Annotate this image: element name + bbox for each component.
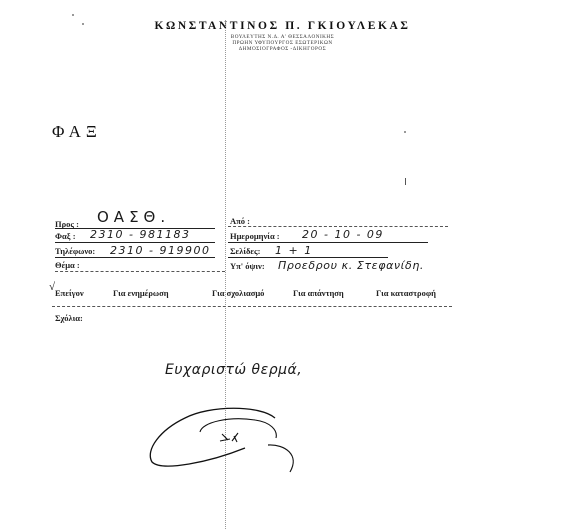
phone-value: 2310 - 919900 <box>110 244 210 257</box>
fax-underline <box>55 242 215 243</box>
to-value: ΟΑΣΘ. <box>97 208 170 226</box>
option-urgent: Επείγον <box>55 288 84 298</box>
handwritten-message: Ευχαριστώ θερμά, <box>165 362 302 378</box>
pages-value: 1 + 1 <box>275 244 313 257</box>
purpose-divider <box>52 306 452 307</box>
date-label: Ημερομηνία : <box>230 231 280 241</box>
letterhead-line-3: ΔΗΜΟΣΙΟΓΡΑΦΟΣ -ΔΙΚΗΓΟΡΟΣ <box>0 46 565 52</box>
signature-icon <box>140 400 300 480</box>
phone-label: Τηλέφωνο: <box>55 246 95 256</box>
scan-speck <box>404 131 406 133</box>
pages-underline <box>228 257 388 258</box>
from-underline <box>228 226 448 227</box>
comments-label: Σχόλια: <box>55 313 83 323</box>
date-value: 20 - 10 - 09 <box>302 228 384 241</box>
date-underline <box>228 242 428 243</box>
attention-value: Προεδρου κ. Στεφανίδη. <box>278 259 424 272</box>
from-label: Από : <box>230 216 250 226</box>
scan-mark <box>405 178 406 185</box>
attention-label: Υπ' όψιν: <box>230 261 265 271</box>
fax-label: Φαξ : <box>55 231 76 241</box>
fax-value: 2310 - 981183 <box>90 228 190 241</box>
option-for-comment: Για σχολιασμό <box>212 288 264 298</box>
pages-label: Σελίδες: <box>230 246 260 256</box>
option-for-destruction: Για καταστροφή <box>376 288 436 298</box>
option-for-information: Για ενημέρωση <box>113 288 169 298</box>
option-for-reply: Για απάντηση <box>293 288 344 298</box>
subject-underline <box>55 271 225 272</box>
scan-speck <box>82 23 84 25</box>
letterhead-name: ΚΩΝΣΤΑΝΤΙΝΟΣ Π. ΓΚΙΟΥΛΕΚΑΣ <box>0 20 565 32</box>
subject-label: Θέμα : <box>55 260 80 270</box>
scan-speck <box>72 14 74 16</box>
fax-title: ΦΑΞ <box>52 122 102 142</box>
phone-underline <box>55 257 215 258</box>
